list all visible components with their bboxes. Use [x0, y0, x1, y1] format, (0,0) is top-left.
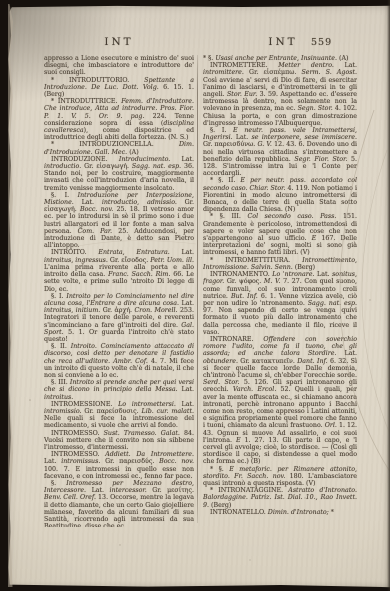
text-segment: Petr. Uom. ill.: [150, 257, 194, 264]
text-segment: introitus.: [44, 394, 73, 401]
text-segment: Segn. Stor.: [298, 105, 333, 112]
dictionary-entry: INTRONARE. Offendere con soverchio romor…: [203, 336, 357, 466]
text-segment: §. I.: [51, 293, 66, 300]
text-segment: Lib. cur. malatt.: [142, 408, 194, 415]
text-segment: Introito per lo Cominciamento nel dire a…: [44, 293, 194, 307]
text-segment: G. V.: [257, 141, 271, 148]
text-segment: Chiar. Stor.: [249, 185, 285, 192]
dictionary-entry: INTRONATELLO. Dimin. d'Intronato; *: [203, 509, 357, 516]
dictionary-entry: §. I. E neutr. pass. vale Intramettersi,…: [203, 127, 357, 177]
text-segment: INTRONATELLO.: [210, 509, 268, 516]
text-segment: Lo intromettersi.: [118, 401, 176, 408]
text-segment: introitus, ingressus.: [44, 257, 108, 264]
dictionary-entry: §. II. Introito. Cominciamento attaccato…: [44, 343, 194, 379]
text-segment: Galat.: [161, 430, 180, 437]
text-segment: Gr. μεσίτης.: [147, 487, 194, 494]
text-segment: Dimin. d'Intronato;: [268, 509, 329, 516]
running-head-left: INT: [44, 36, 194, 48]
text-segment: * INTRODUTTRICE.: [51, 98, 121, 105]
text-segment: Lat.: [336, 350, 357, 357]
text-segment: Orl.: [325, 422, 337, 429]
text-column-right: * §. Usasi anche per Entrante, Insinuant…: [203, 55, 357, 527]
text-segment: §. I.: [210, 127, 233, 134]
text-segment: Gr. παρεισδύνω.: [203, 141, 257, 148]
text-segment: 100. 7. E intromessi in quello esse non …: [44, 466, 194, 480]
text-segment: Lat.: [170, 249, 194, 256]
text-segment: Cron. Morell.: [134, 307, 177, 314]
text-segment: Benv. Cell. Oref.: [44, 494, 96, 501]
text-segment: * §.: [210, 466, 229, 473]
text-segment: §.: [51, 480, 66, 487]
dictionary-entry: §. I. Introito per lo Cominciamento nel …: [44, 293, 194, 343]
dictionary-entry: INTROMESSO. Sust. Tramesso. Galat. 84. V…: [44, 430, 194, 452]
text-segment: appresso a Lione esecutore e ministro de…: [44, 55, 194, 76]
text-segment: Serd. Stor.: [203, 379, 239, 386]
dictionary-entry: * INTROMETTITURA. Intromettimento, Intro…: [203, 257, 357, 271]
text-segment: *: [329, 509, 334, 516]
dictionary-entry: INTROMETTERE. Metter dentro. Lat. introm…: [203, 62, 357, 127]
column-divider: [197, 55, 198, 523]
dictionary-entry: * INTRODUTTRICE. Femm. d'Introduttore. C…: [44, 98, 194, 141]
text-segment: Lat.: [178, 386, 194, 393]
text-segment: INTRONARE.: [210, 336, 263, 343]
text-segment: Lat.: [86, 487, 109, 494]
text-segment: Gall. Mec.: [95, 149, 128, 156]
text-segment: Gr. παρείσδυσις.: [82, 408, 142, 415]
text-segment: introductio, admissio.: [102, 199, 177, 206]
text-segment: (Berg): [293, 264, 315, 271]
text-segment: Pass.: [320, 213, 336, 220]
page-number: 559: [311, 37, 345, 48]
text-segment: introductio.: [44, 163, 81, 170]
text-segment: * §. II.: [210, 177, 240, 184]
text-segment: INTROMESSO.: [51, 430, 104, 437]
dictionary-entry: * INTRODUZIONCELLA. Dim. d'Introduzione.…: [44, 141, 194, 155]
text-segment: Sagg. nat. esp.: [308, 300, 357, 307]
dictionary-entry: * §. II. E per neutr. pass. accordato co…: [203, 177, 357, 213]
text-segment: Lat.: [74, 199, 102, 206]
text-segment: 97. Non sapendo di certo se venga quivi …: [203, 307, 357, 336]
text-segment: Usasi anche per Entrante, Insinuante.: [215, 55, 337, 62]
text-segment: Gr. εἴσοδος.: [108, 257, 150, 264]
text-segment: intromissio.: [44, 408, 82, 415]
text-segment: Serm. S. Agost.: [301, 69, 357, 76]
text-segment: Nelle quali si fece la intromessione del…: [44, 415, 194, 429]
text-segment: Gr. κατακτυπεῖν.: [238, 358, 297, 365]
text-segment: Gr. εἰσπέμπω.: [244, 69, 302, 76]
dictionary-entry: INTROITO. Entrata, Entratura. Lat. intro…: [44, 249, 194, 292]
text-segment: Sust. Tramesso.: [104, 430, 157, 437]
text-segment: introitus, initium.: [44, 307, 100, 314]
dictionary-entry: INTRONAMENTO. Lo 'ntronare. Lat. sonitus…: [203, 271, 357, 336]
text-segment: Gr. ψόφος.: [224, 278, 264, 285]
text-segment: §. I.: [51, 192, 78, 199]
text-segment: * INTROMETTITURA.: [210, 257, 302, 264]
text-segment: Lat.: [170, 156, 194, 163]
text-segment: Introducimento.: [119, 156, 170, 163]
text-segment: Ambr. Cof.: [113, 358, 148, 365]
text-segment: Stor. Eur.: [227, 91, 257, 98]
text-segment: (A): [337, 55, 348, 62]
dictionary-entry: §. Intromesso per Mezzano destro, Interc…: [44, 480, 194, 527]
text-segment: Entrata, Entratura.: [98, 249, 169, 256]
text-segment: Dant. Inf.: [297, 358, 327, 365]
text-segment: Fr. Sacch. nov.: [234, 473, 285, 480]
text-segment: Lat.: [176, 401, 194, 408]
text-segment: obtundere.: [203, 358, 238, 365]
text-segment: Bocc. nov.: [159, 458, 194, 465]
dictionary-entry: §. III. Introito si prende anche per que…: [44, 379, 194, 401]
page-paper: INT INT 559 appresso a Lione esecutore e…: [0, 0, 390, 591]
dictionary-entry: * §. Usasi anche per Entrante, Insinuant…: [203, 55, 357, 62]
text-segment: Col secondo caso.: [247, 213, 313, 220]
text-segment: Varch. Ercol.: [233, 386, 276, 393]
text-segment: intromittere.: [203, 69, 244, 76]
text-segment: Gr. ἀρχή.: [100, 307, 134, 314]
text-segment: De Luc. Dott. Volg.: [91, 84, 158, 91]
text-segment: Sagg. nat. esp.: [132, 163, 181, 170]
text-segment: 5. 1. Or guarda l'introito ch'è stato qu…: [44, 329, 194, 343]
dictionary-entry: INTROMESSIONE. Lo intromettersi. Lat. in…: [44, 401, 194, 430]
text-column-left: appresso a Lione esecutore e ministro de…: [44, 55, 194, 527]
text-segment: INTROMESSIONE.: [51, 401, 118, 408]
dictionary-entry: appresso a Lione esecutore e ministro de…: [44, 55, 194, 77]
text-segment: (Berg): [209, 502, 231, 509]
text-segment: * §. III.: [210, 213, 247, 220]
text-segment: Gr. εἰσαγωγή.: [81, 163, 132, 170]
text-segment: INTRODUZIONE.: [51, 156, 119, 163]
text-segment: (A): [127, 149, 138, 156]
dictionary-entry: INTROMESSO. Addiett. Da Intromettere. La…: [44, 451, 194, 480]
text-segment: §. III.: [51, 379, 70, 386]
text-segment: M. V.: [264, 278, 281, 285]
text-segment: Gr. παρεισδύς.: [100, 458, 159, 465]
text-segment: * INTRODUZIONCELLA.: [51, 141, 179, 148]
text-segment: * INTRONATAGGINE.: [210, 487, 288, 494]
running-head: INT INT 559: [0, 36, 390, 51]
dictionary-entry: * INTRONATAGGINE. Astratto d'Intronato. …: [203, 487, 357, 509]
text-segment: INTROITO.: [51, 249, 98, 256]
dictionary-entry: * §. E metaforic. per Rimanere attonito,…: [203, 466, 357, 488]
text-segment: * §.: [203, 55, 215, 62]
text-segment: Lat.: [179, 300, 194, 307]
text-segment: But. Inf.: [231, 293, 258, 300]
dictionary-entry: * INTRODUTTORIO. Spettante a Introduzion…: [44, 77, 194, 99]
dictionary-entry: §. I. Introduzione per Interposizione, M…: [44, 192, 194, 250]
text-segment: Segr. Fior. Stor.: [294, 156, 347, 163]
text-segment: intercessor.: [110, 487, 147, 494]
scanned-page: INT INT 559 appresso a Lione esecutore e…: [0, 0, 390, 591]
text-segment: Lat.: [44, 458, 61, 465]
text-segment: * INTRODUTTORIO.: [51, 77, 144, 84]
text-segment: intromissus.: [61, 458, 100, 465]
text-segment: Com. Par.: [78, 228, 113, 235]
text-segment: Franc. Sacch. Rim.: [108, 271, 170, 278]
dictionary-entry: * §. III. Col secondo caso. Pass. 151. G…: [203, 213, 357, 256]
dictionary-entry: INTRODUZIONE. Introducimento. Lat. intro…: [44, 156, 194, 192]
